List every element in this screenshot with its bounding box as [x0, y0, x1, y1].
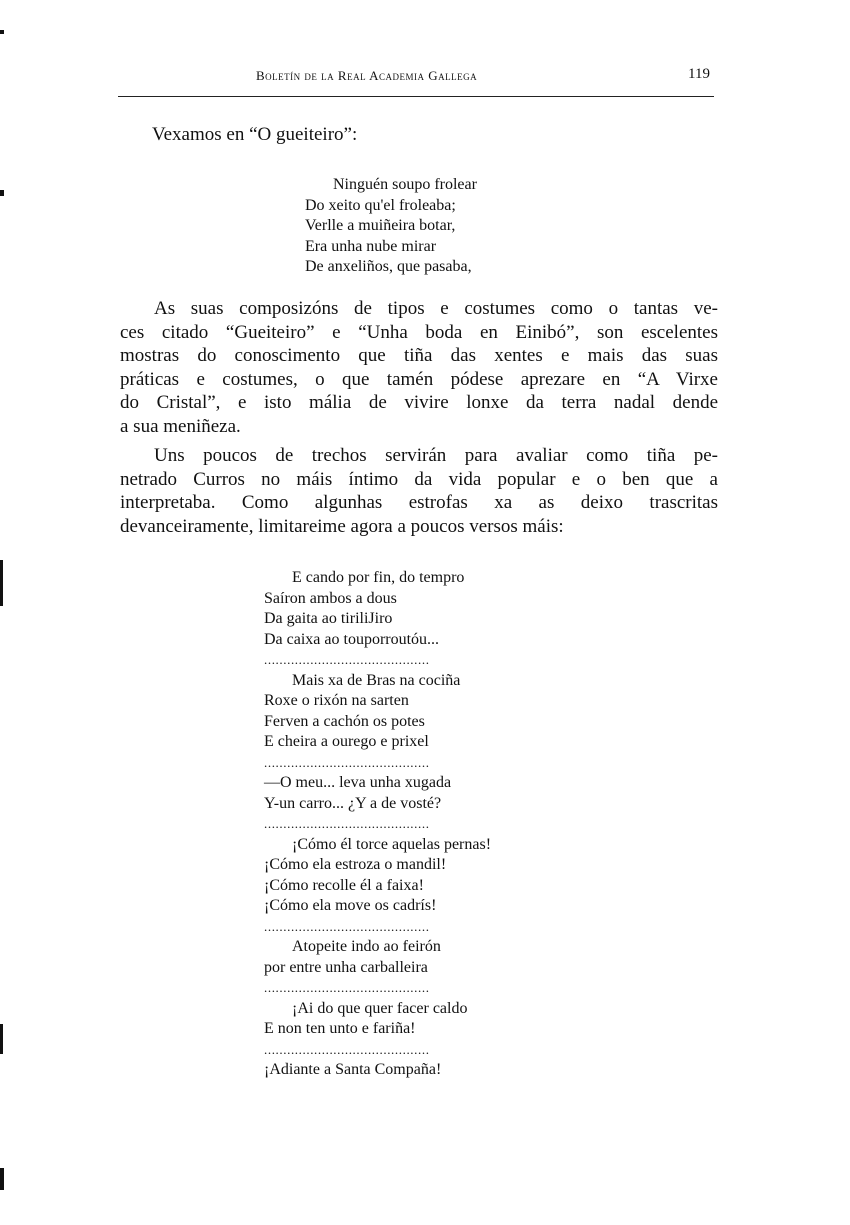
verse-line: ¡Cómo ela move os cadrís! — [264, 896, 491, 917]
verse-line: ¡Cómo ela estroza o mandil! — [264, 855, 491, 876]
intro-line: Vexamos en “O gueiteiro”: — [152, 124, 357, 146]
verse-line: Roxe o rixón na sarten — [264, 691, 491, 712]
ellipsis-separator: ........................................… — [264, 753, 491, 774]
verse-line: ¡Cómo él torce aquelas pernas! — [264, 835, 491, 856]
verse-block-2: E cando por fin, do temproSaíron ambos a… — [264, 568, 491, 1081]
verse-line: E non ten unto e fariña! — [264, 1019, 491, 1040]
verse-line: De anxeliños, que pasaba, — [305, 257, 477, 278]
verse-line: ¡Ai do que quer facer caldo — [264, 999, 491, 1020]
ellipsis-separator: ........................................… — [264, 1040, 491, 1061]
scan-edge-mark — [0, 30, 4, 34]
verse-line: Y-un carro... ¿Y a de vosté? — [264, 794, 491, 815]
paragraph-line: práticas e costumes, o que tamén pódese … — [120, 368, 718, 392]
verse-line: Da caixa ao touporroutóu... — [264, 630, 491, 651]
page-header: Boletín de la Real Academia Gallega 119 — [118, 66, 714, 86]
verse-line: Era unha nube mirar — [305, 237, 477, 258]
paragraph-line: devanceiramente, limitareime agora a pou… — [120, 515, 718, 539]
paragraph-line: Uns poucos de trechos servirán para aval… — [120, 444, 718, 468]
verse-line: por entre unha carballeira — [264, 958, 491, 979]
scan-edge-mark — [0, 560, 3, 606]
verse-block-1: Ninguén soupo frolearDo xeito qu'el frol… — [305, 175, 477, 278]
page-number: 119 — [688, 66, 710, 83]
paragraph-1: As suas composizóns de tipos e costumes … — [120, 297, 718, 438]
verse-line: ¡Adiante a Santa Compaña! — [264, 1060, 491, 1081]
verse-line: E cando por fin, do tempro — [264, 568, 491, 589]
ellipsis-separator: ........................................… — [264, 650, 491, 671]
scan-edge-mark — [0, 1168, 4, 1190]
paragraph-2: Uns poucos de trechos servirán para aval… — [120, 444, 718, 538]
verse-line: Ferven a cachón os potes — [264, 712, 491, 733]
ellipsis-separator: ........................................… — [264, 814, 491, 835]
verse-line: Ninguén soupo frolear — [305, 175, 477, 196]
verse-line: Saíron ambos a dous — [264, 589, 491, 610]
header-rule — [118, 96, 714, 97]
verse-line: Mais xa de Bras na cociña — [264, 671, 491, 692]
ellipsis-separator: ........................................… — [264, 978, 491, 999]
paragraph-line: mostras do conoscimento que tiña das xen… — [120, 344, 718, 368]
running-title: Boletín de la Real Academia Gallega — [256, 68, 477, 84]
paragraph-line: interpretaba. Como algunhas estrofas xa … — [120, 491, 718, 515]
ellipsis-separator: ........................................… — [264, 917, 491, 938]
scan-edge-mark — [0, 1024, 3, 1054]
paragraph-line: netrado Curros no máis íntimo da vida po… — [120, 468, 718, 492]
paragraph-line: As suas composizóns de tipos e costumes … — [120, 297, 718, 321]
paragraph-line: a sua meniñeza. — [120, 415, 718, 439]
scan-edge-mark — [0, 190, 4, 196]
verse-line: ¡Cómo recolle él a faixa! — [264, 876, 491, 897]
paragraph-line: ces citado “Gueiteiro” e “Unha boda en E… — [120, 321, 718, 345]
verse-line: Do xeito qu'el froleaba; — [305, 196, 477, 217]
verse-line: —O meu... leva unha xugada — [264, 773, 491, 794]
verse-line: Da gaita ao tiriliJiro — [264, 609, 491, 630]
verse-line: E cheira a ourego e prixel — [264, 732, 491, 753]
verse-line: Atopeite indo ao feirón — [264, 937, 491, 958]
verse-line: Verlle a muiñeira botar, — [305, 216, 477, 237]
paragraph-line: do Cristal”, e isto mália de vivire lonx… — [120, 391, 718, 415]
